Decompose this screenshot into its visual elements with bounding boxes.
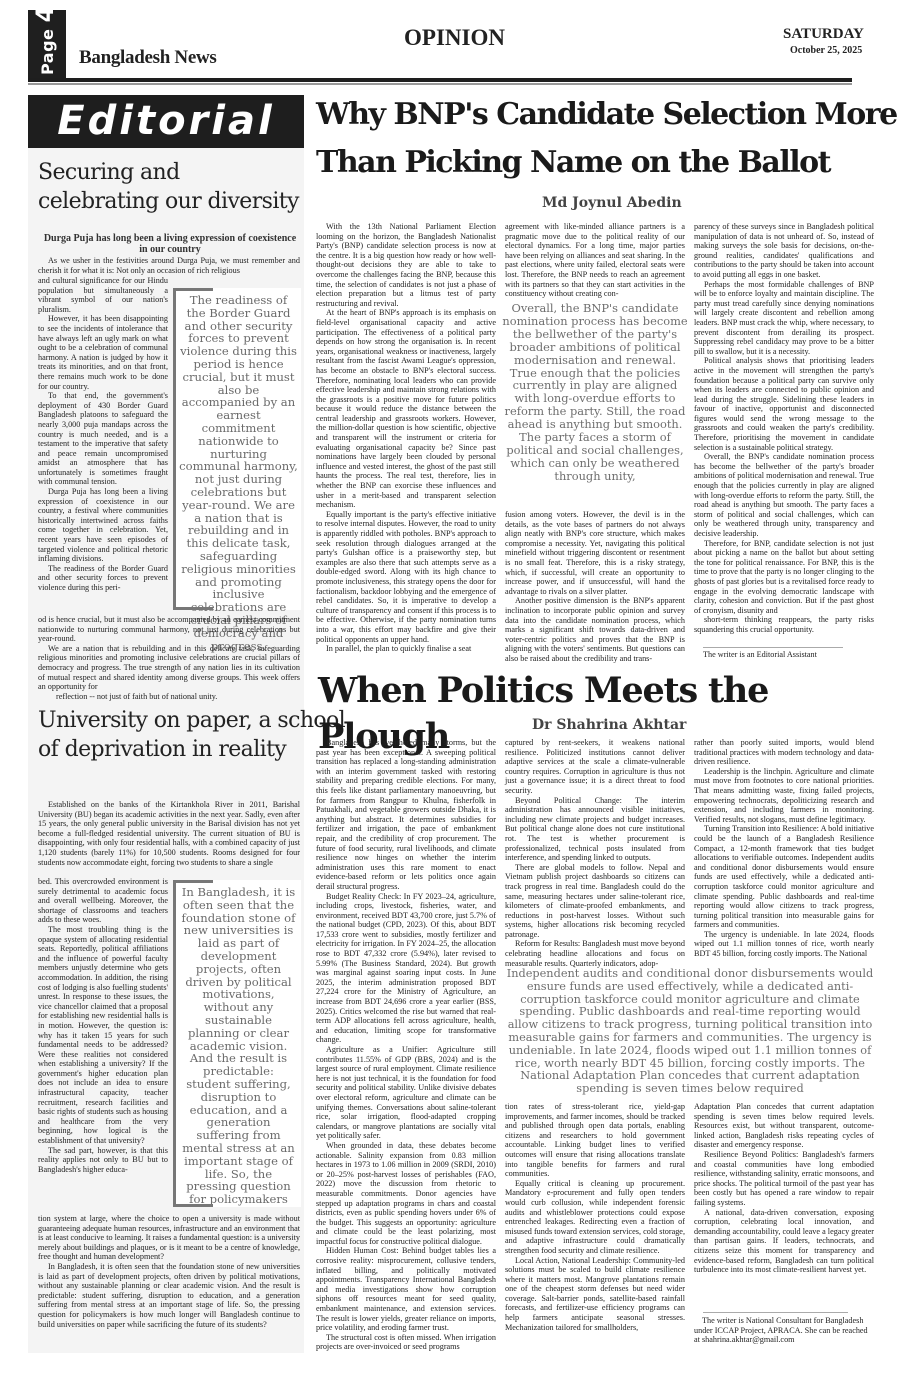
bnp-pullquote: Overall, the BNP's candidate nomination … xyxy=(500,302,690,483)
bnp-col-2-bottom: fusion among voters. However, the devil … xyxy=(505,510,685,664)
page-number-tab: Page 4 xyxy=(28,10,66,78)
masthead-rule-thin xyxy=(28,83,852,85)
editorial-1-lead: As we usher in the festivities around Du… xyxy=(38,256,300,275)
editorial-title-2a: University on paper, a school xyxy=(38,706,345,735)
editorial-title-1b: celebrating our diversity xyxy=(38,187,299,216)
plough-writer-note: The writer is National Consultant for Ba… xyxy=(694,1316,874,1345)
plough-note-divider xyxy=(703,1312,848,1313)
plough-callout: Independent audits and conditional donor… xyxy=(505,968,875,1096)
editorial-1-pullquote: The readiness of the Border Guard and ot… xyxy=(173,288,301,610)
bnp-headline-line1: Why BNP's Candidate Selection More xyxy=(316,95,897,135)
editorial-banner: Editorial xyxy=(28,95,304,148)
masthead: Page 4 Bangladesh News xyxy=(28,10,427,78)
plough-col-3-top: rather than poorly suited imports, would… xyxy=(694,738,874,959)
editorial-2-lead: Established on the banks of the Kirtankh… xyxy=(38,800,300,867)
plough-col-1: Bangladesh has weathered many storms, bu… xyxy=(316,738,496,1352)
issue-day: SATURDAY xyxy=(783,26,864,43)
plough-col-2-top: captured by rent-seekers, it weakens nat… xyxy=(505,738,685,968)
bnp-byline: Md Joynul Abedin xyxy=(542,195,682,211)
editorial-1-body-narrow: and cultural significance for our Hindu … xyxy=(38,276,168,593)
plough-col-2-bottom: tion rates of stress-tolerant rice, yiel… xyxy=(505,1102,685,1332)
editorial-2-body-narrow: bed. This overcrowded environment is sur… xyxy=(38,877,168,1174)
page-label: Page xyxy=(38,29,57,75)
bnp-headline-line2: Than Picking Name on the Ballot xyxy=(316,143,830,183)
editorial-deck: Durga Puja has long been a living expres… xyxy=(40,233,300,255)
bnp-writer-note: The writer is an Editorial Assistant xyxy=(703,650,873,660)
editorial-1-body-wide: od is hence crucial, but it must also be… xyxy=(38,615,300,701)
editorial-title-1a: Securing and xyxy=(38,158,180,187)
editorial-2-body-wide: tion system at large, where the choice t… xyxy=(38,1214,300,1329)
plough-col-3-bottom: Adaptation Plan concedes that current ad… xyxy=(694,1102,874,1275)
issue-date: October 25, 2025 xyxy=(790,45,862,56)
bnp-note-divider xyxy=(703,647,843,648)
editorial-title-2b: of deprivation in reality xyxy=(38,735,286,764)
section-label: OPINION xyxy=(404,25,505,51)
masthead-rule xyxy=(28,78,852,82)
paper-name: Bangladesh News xyxy=(79,47,217,69)
plough-byline: Dr Shahrina Akhtar xyxy=(532,717,686,733)
bnp-col-3: parency of these surveys since in Bangla… xyxy=(694,222,874,635)
editorial-2-pullquote: In Bangladesh, it is often seen that the… xyxy=(173,880,301,1207)
bnp-col-2-top: agreement with like-minded alliance part… xyxy=(505,222,685,299)
bnp-col-1: With the 13th National Parliament Electi… xyxy=(316,222,496,654)
page-number: 4 xyxy=(31,5,59,22)
